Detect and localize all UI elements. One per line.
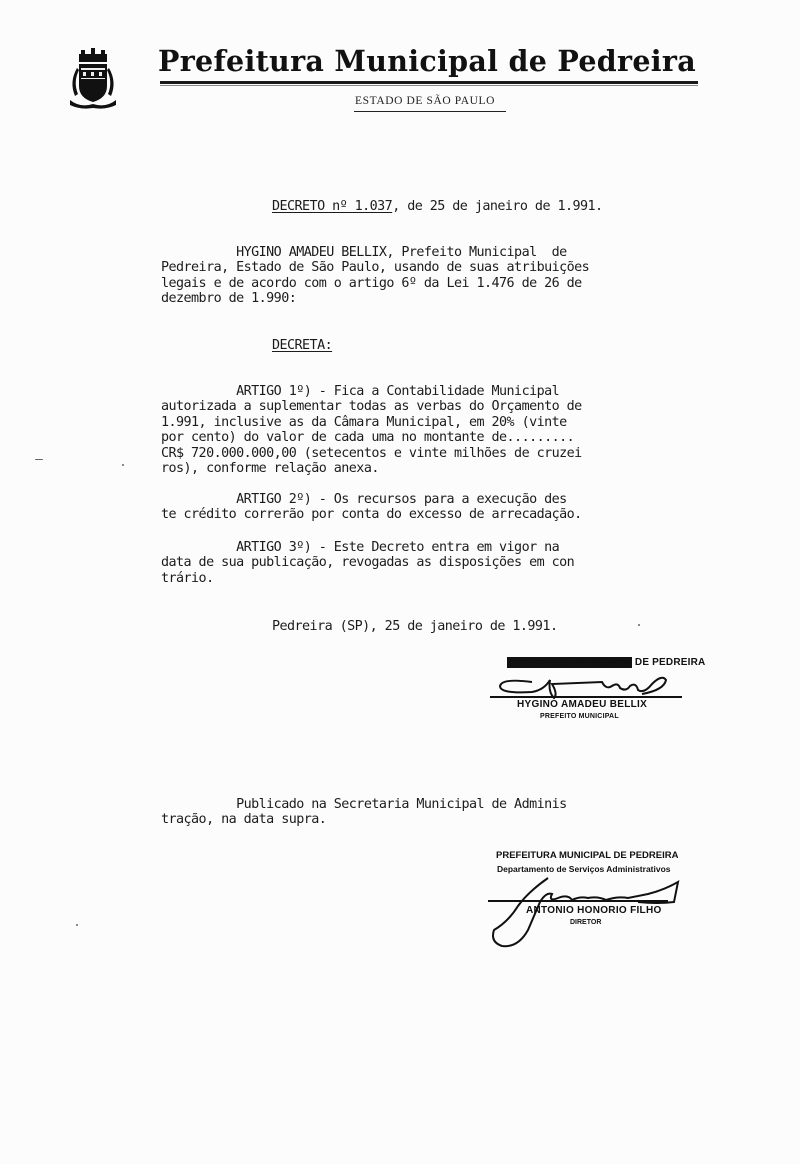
article-line: te crédito correrão por conta do excesso… xyxy=(161,507,582,522)
decreta-heading: DECRETA: xyxy=(272,338,332,353)
director-role: DIRETOR xyxy=(570,919,601,926)
title-rule-thin xyxy=(160,85,698,86)
mayor-stamp-header: PREFEITURA MUNICIPAL DE PEDREIRA xyxy=(507,657,705,668)
article-1: ARTIGO 1º) - Fica a Contabilidade Munici… xyxy=(161,384,582,476)
article-line: ros), conforme relação anexa. xyxy=(161,461,582,476)
letterhead-title: Prefeitura Municipal de Pedreira xyxy=(158,44,703,78)
preamble-line: legais e de acordo com o artigo 6º da Le… xyxy=(161,276,589,291)
scan-artifact xyxy=(76,924,78,926)
article-line: autorizada a suplementar todas as verbas… xyxy=(161,399,582,414)
place-date: Pedreira (SP), 25 de janeiro de 1.991. xyxy=(272,619,557,634)
director-stamp-header: PREFEITURA MUNICIPAL DE PEDREIRA xyxy=(496,850,678,861)
article-line: data de sua publicação, revogadas as dis… xyxy=(161,555,574,570)
publication-note: Publicado na Secretaria Municipal de Adm… xyxy=(161,797,567,828)
state-rule xyxy=(354,111,506,112)
title-rule xyxy=(160,81,698,84)
scan-artifact xyxy=(122,464,124,466)
article-line: trário. xyxy=(161,571,574,586)
article-line: CR$ 720.000.000,00 (setecentos e vinte m… xyxy=(161,446,582,461)
scan-artifact xyxy=(638,624,640,626)
stamp-obscured-text: PREFEITURA MUNICIPAL xyxy=(507,657,632,668)
decree-title: DECRETO nº 1.037, de 25 de janeiro de 1.… xyxy=(272,199,603,214)
mayor-role: PREFEITO MUNICIPAL xyxy=(540,713,619,720)
article-line: por cento) do valor de cada uma no monta… xyxy=(161,430,582,445)
scan-artifact xyxy=(35,459,43,460)
publication-line: Publicado na Secretaria Municipal de Adm… xyxy=(161,797,567,812)
state-subtitle: ESTADO DE SÃO PAULO xyxy=(355,95,495,107)
document-page: Prefeitura Municipal de Pedreira ESTADO … xyxy=(0,0,800,1164)
municipal-coat-of-arms-icon xyxy=(66,48,120,110)
article-line: 1.991, inclusive as da Câmara Municipal,… xyxy=(161,415,582,430)
preamble-line: HYGINO AMADEU BELLIX, Prefeito Municipal… xyxy=(161,245,589,260)
decree-date: , de 25 de janeiro de 1.991. xyxy=(392,199,602,214)
mayor-signature-line xyxy=(490,696,682,698)
decree-number: DECRETO nº 1.037 xyxy=(272,199,392,214)
director-name: ANTONIO HONORIO FILHO xyxy=(526,905,662,916)
publication-line: tração, na data supra. xyxy=(161,812,567,827)
article-2: ARTIGO 2º) - Os recursos para a execução… xyxy=(161,492,582,523)
preamble: HYGINO AMADEU BELLIX, Prefeito Municipal… xyxy=(161,245,589,307)
article-line: ARTIGO 2º) - Os recursos para a execução… xyxy=(161,492,582,507)
director-signature-line xyxy=(488,900,668,902)
preamble-line: dezembro de 1.990: xyxy=(161,291,589,306)
article-3: ARTIGO 3º) - Este Decreto entra em vigor… xyxy=(161,540,574,586)
article-line: ARTIGO 3º) - Este Decreto entra em vigor… xyxy=(161,540,574,555)
article-line: ARTIGO 1º) - Fica a Contabilidade Munici… xyxy=(161,384,582,399)
stamp-visible-text: DE PEDREIRA xyxy=(632,657,706,668)
preamble-line: Pedreira, Estado de São Paulo, usando de… xyxy=(161,260,589,275)
mayor-name: HYGINO AMADEU BELLIX xyxy=(517,699,647,710)
